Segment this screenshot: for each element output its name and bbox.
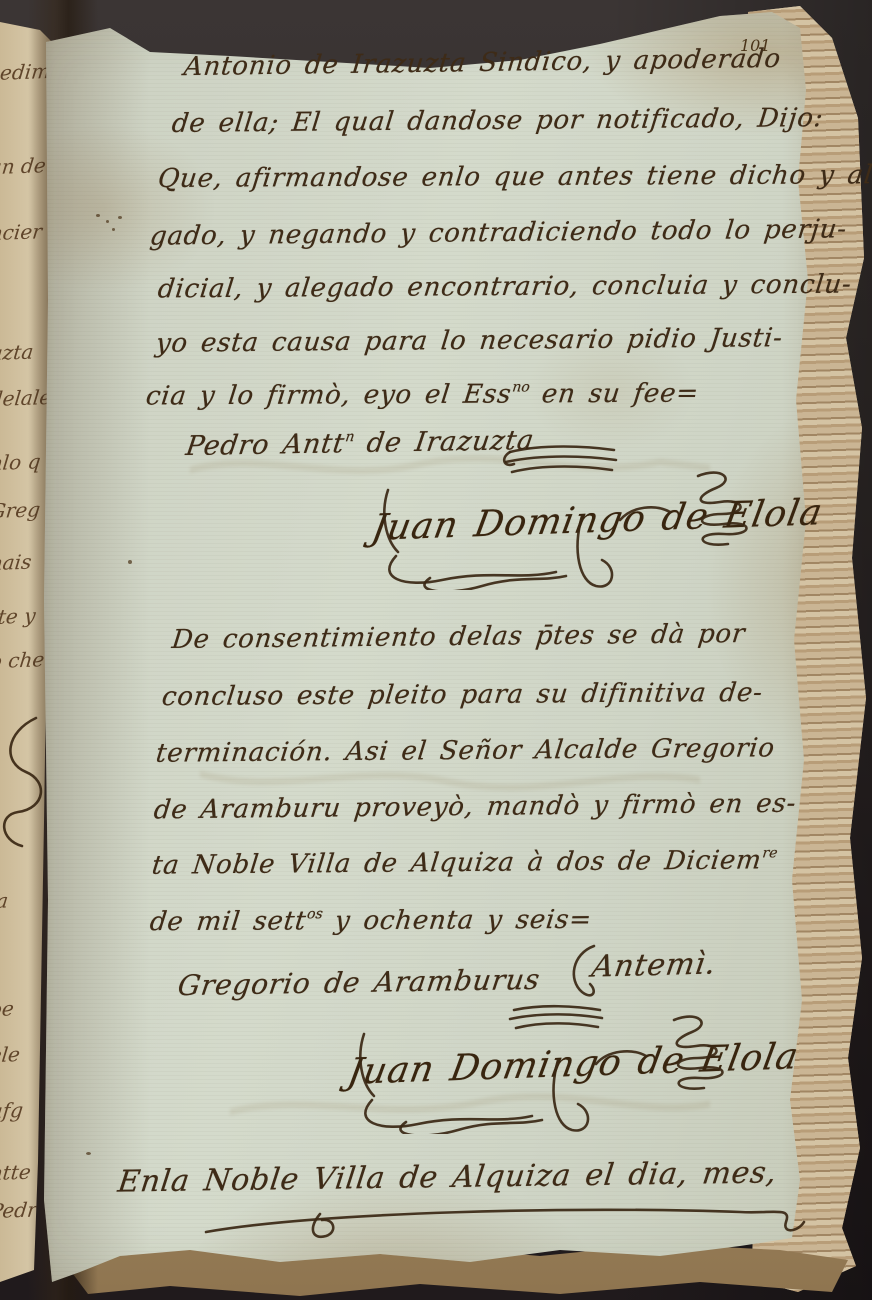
ante-mi-flourish xyxy=(560,940,600,1010)
manuscript-line: Que, afirmandose enlo que antes tiene di… xyxy=(156,160,872,194)
ink-speck xyxy=(128,560,132,564)
signature-rubric-flourish xyxy=(368,460,778,590)
attestation-signature-irazuzta: Pedro Anttn de Irazuzta xyxy=(184,425,536,462)
manuscript-line: yo esta causa para lo necesario pidio Ju… xyxy=(154,323,784,359)
manuscript-line: de mil settos y ochenta y seis= xyxy=(148,905,593,937)
line-text: cia y lo firmò, eyo el Ess xyxy=(144,380,513,412)
manuscript-line: terminación. Asi el Señor Alcalde Gregor… xyxy=(154,733,776,768)
signature-rubric-flourish xyxy=(344,1004,754,1134)
ante-mi-note: Antemì. xyxy=(589,946,718,984)
superscript-abbrev: re xyxy=(762,845,779,861)
ink-speck xyxy=(96,214,100,217)
line-text: Pedro Antt xyxy=(184,428,347,462)
signature-gregorio-aramburu: Gregorio de Aramburus xyxy=(176,963,543,1002)
manuscript-line: dicial, y alegado encontrario, concluia … xyxy=(156,270,853,305)
superscript-abbrev: os xyxy=(306,906,324,922)
manuscript-line: ta Noble Villa de Alquiza à dos de Dicie… xyxy=(150,845,778,880)
manuscript-line: cia y lo firmò, eyo el Essno en su fee= xyxy=(144,379,700,412)
ink-speck xyxy=(86,1152,91,1155)
manuscript-line: de ella; El qual dandose por notificado,… xyxy=(170,103,825,139)
line-text: en su fee= xyxy=(527,379,701,410)
line-text: ta Noble Villa de Alquiza à dos de Dicie… xyxy=(150,845,763,880)
ink-speck xyxy=(106,220,109,223)
closing-underline-flourish xyxy=(200,1196,812,1242)
ink-speck xyxy=(118,216,122,219)
manuscript-line: concluso este pleito para su difinitiva … xyxy=(160,678,764,712)
line-text: y ochenta y seis= xyxy=(320,905,594,936)
superscript-abbrev: no xyxy=(511,379,530,395)
superscript-abbrev: n xyxy=(344,429,355,445)
manuscript-line: De consentimiento delas p̄tes se dà por xyxy=(170,619,747,655)
manuscript-photo: sedim an de ncier uzta delaley nlo q Gre… xyxy=(0,0,872,1300)
line-text: de mil sett xyxy=(148,906,308,937)
ink-speck xyxy=(112,228,115,231)
